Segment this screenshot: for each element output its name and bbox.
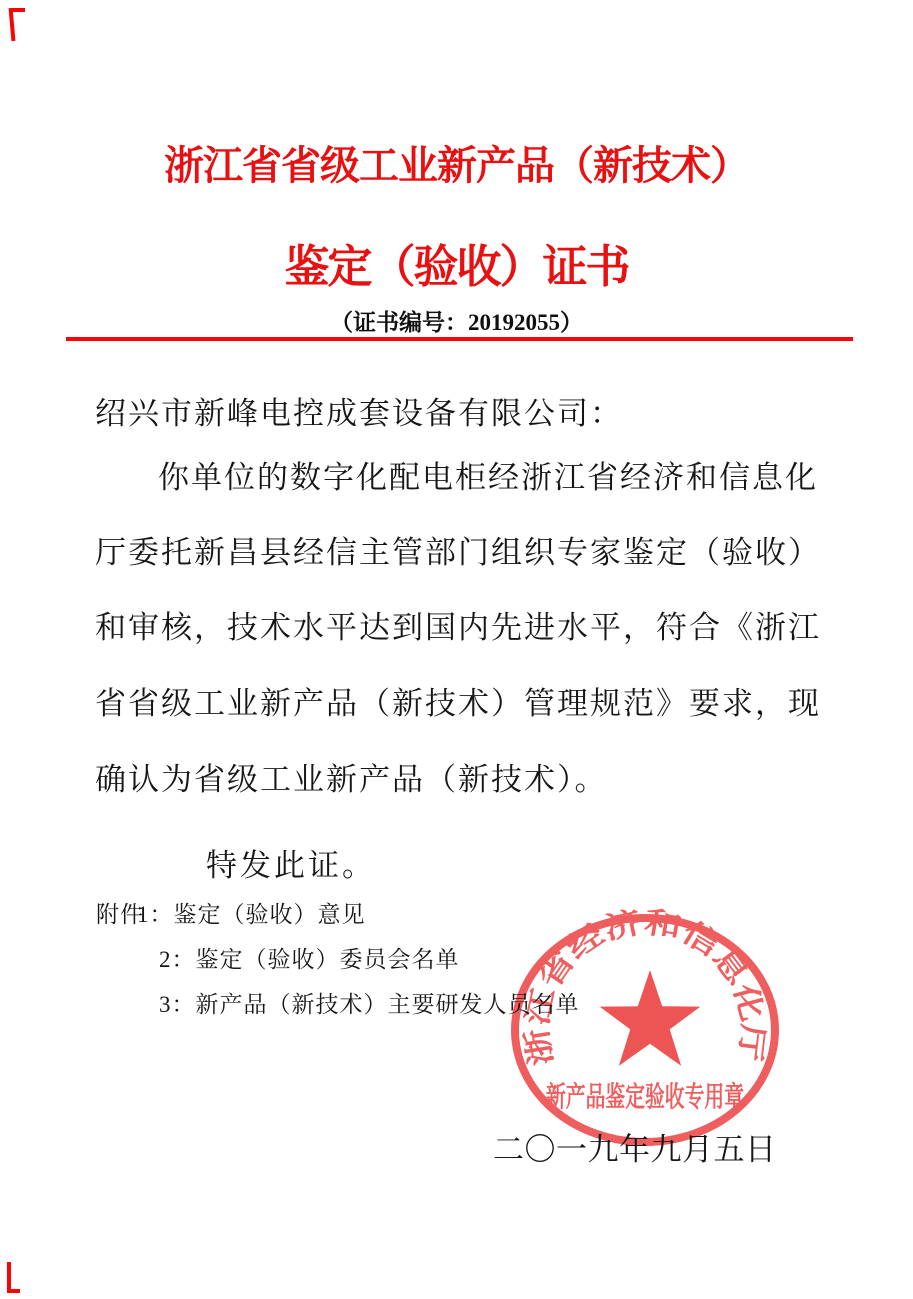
star-icon [600,970,701,1066]
closing-statement: 特发此证。 [206,840,376,885]
body-line: 和审核，技术水平达到国内先进水平，符合《浙江 [95,602,821,647]
corner-mark-top-left [9,8,16,41]
certificate-title-line1: 浙江省省级工业新产品（新技术） [0,134,913,191]
body-line: 厅委托新昌县经信主管部门组织专家鉴定（验收） [95,527,821,572]
body-line: 省省级工业新产品（新技术）管理规范》要求，现 [95,678,821,723]
seal-bottom-text: 新产品鉴定验收专用章 [546,1080,744,1113]
certificate-number: （证书编号：20192055） [0,304,913,337]
attachment-item: 1：鉴定（验收）意见 [137,896,366,929]
header-divider-rule [66,337,853,341]
salutation-line: 绍兴市新峰电控成套设备有限公司： [95,388,623,433]
corner-mark-top-left-cap [10,8,25,12]
body-line: 你单位的数字化配电柜经浙江省经济和信息化 [158,452,818,497]
certificate-title-line2: 鉴定（验收）证书 [0,230,913,295]
official-seal: 浙江省经济和信息化厅 新产品鉴定验收专用章 [500,903,785,1153]
issue-date: 二〇一九年九月五日 [493,1124,777,1169]
corner-mark-bottom-left-cap [7,1289,20,1293]
certificate-page: 浙江省省级工业新产品（新技术） 鉴定（验收）证书 （证书编号：20192055）… [0,0,913,1299]
attachment-item: 2：鉴定（验收）委员会名单 [159,941,460,974]
body-line: 确认为省级工业新产品（新技术）。 [95,754,608,799]
